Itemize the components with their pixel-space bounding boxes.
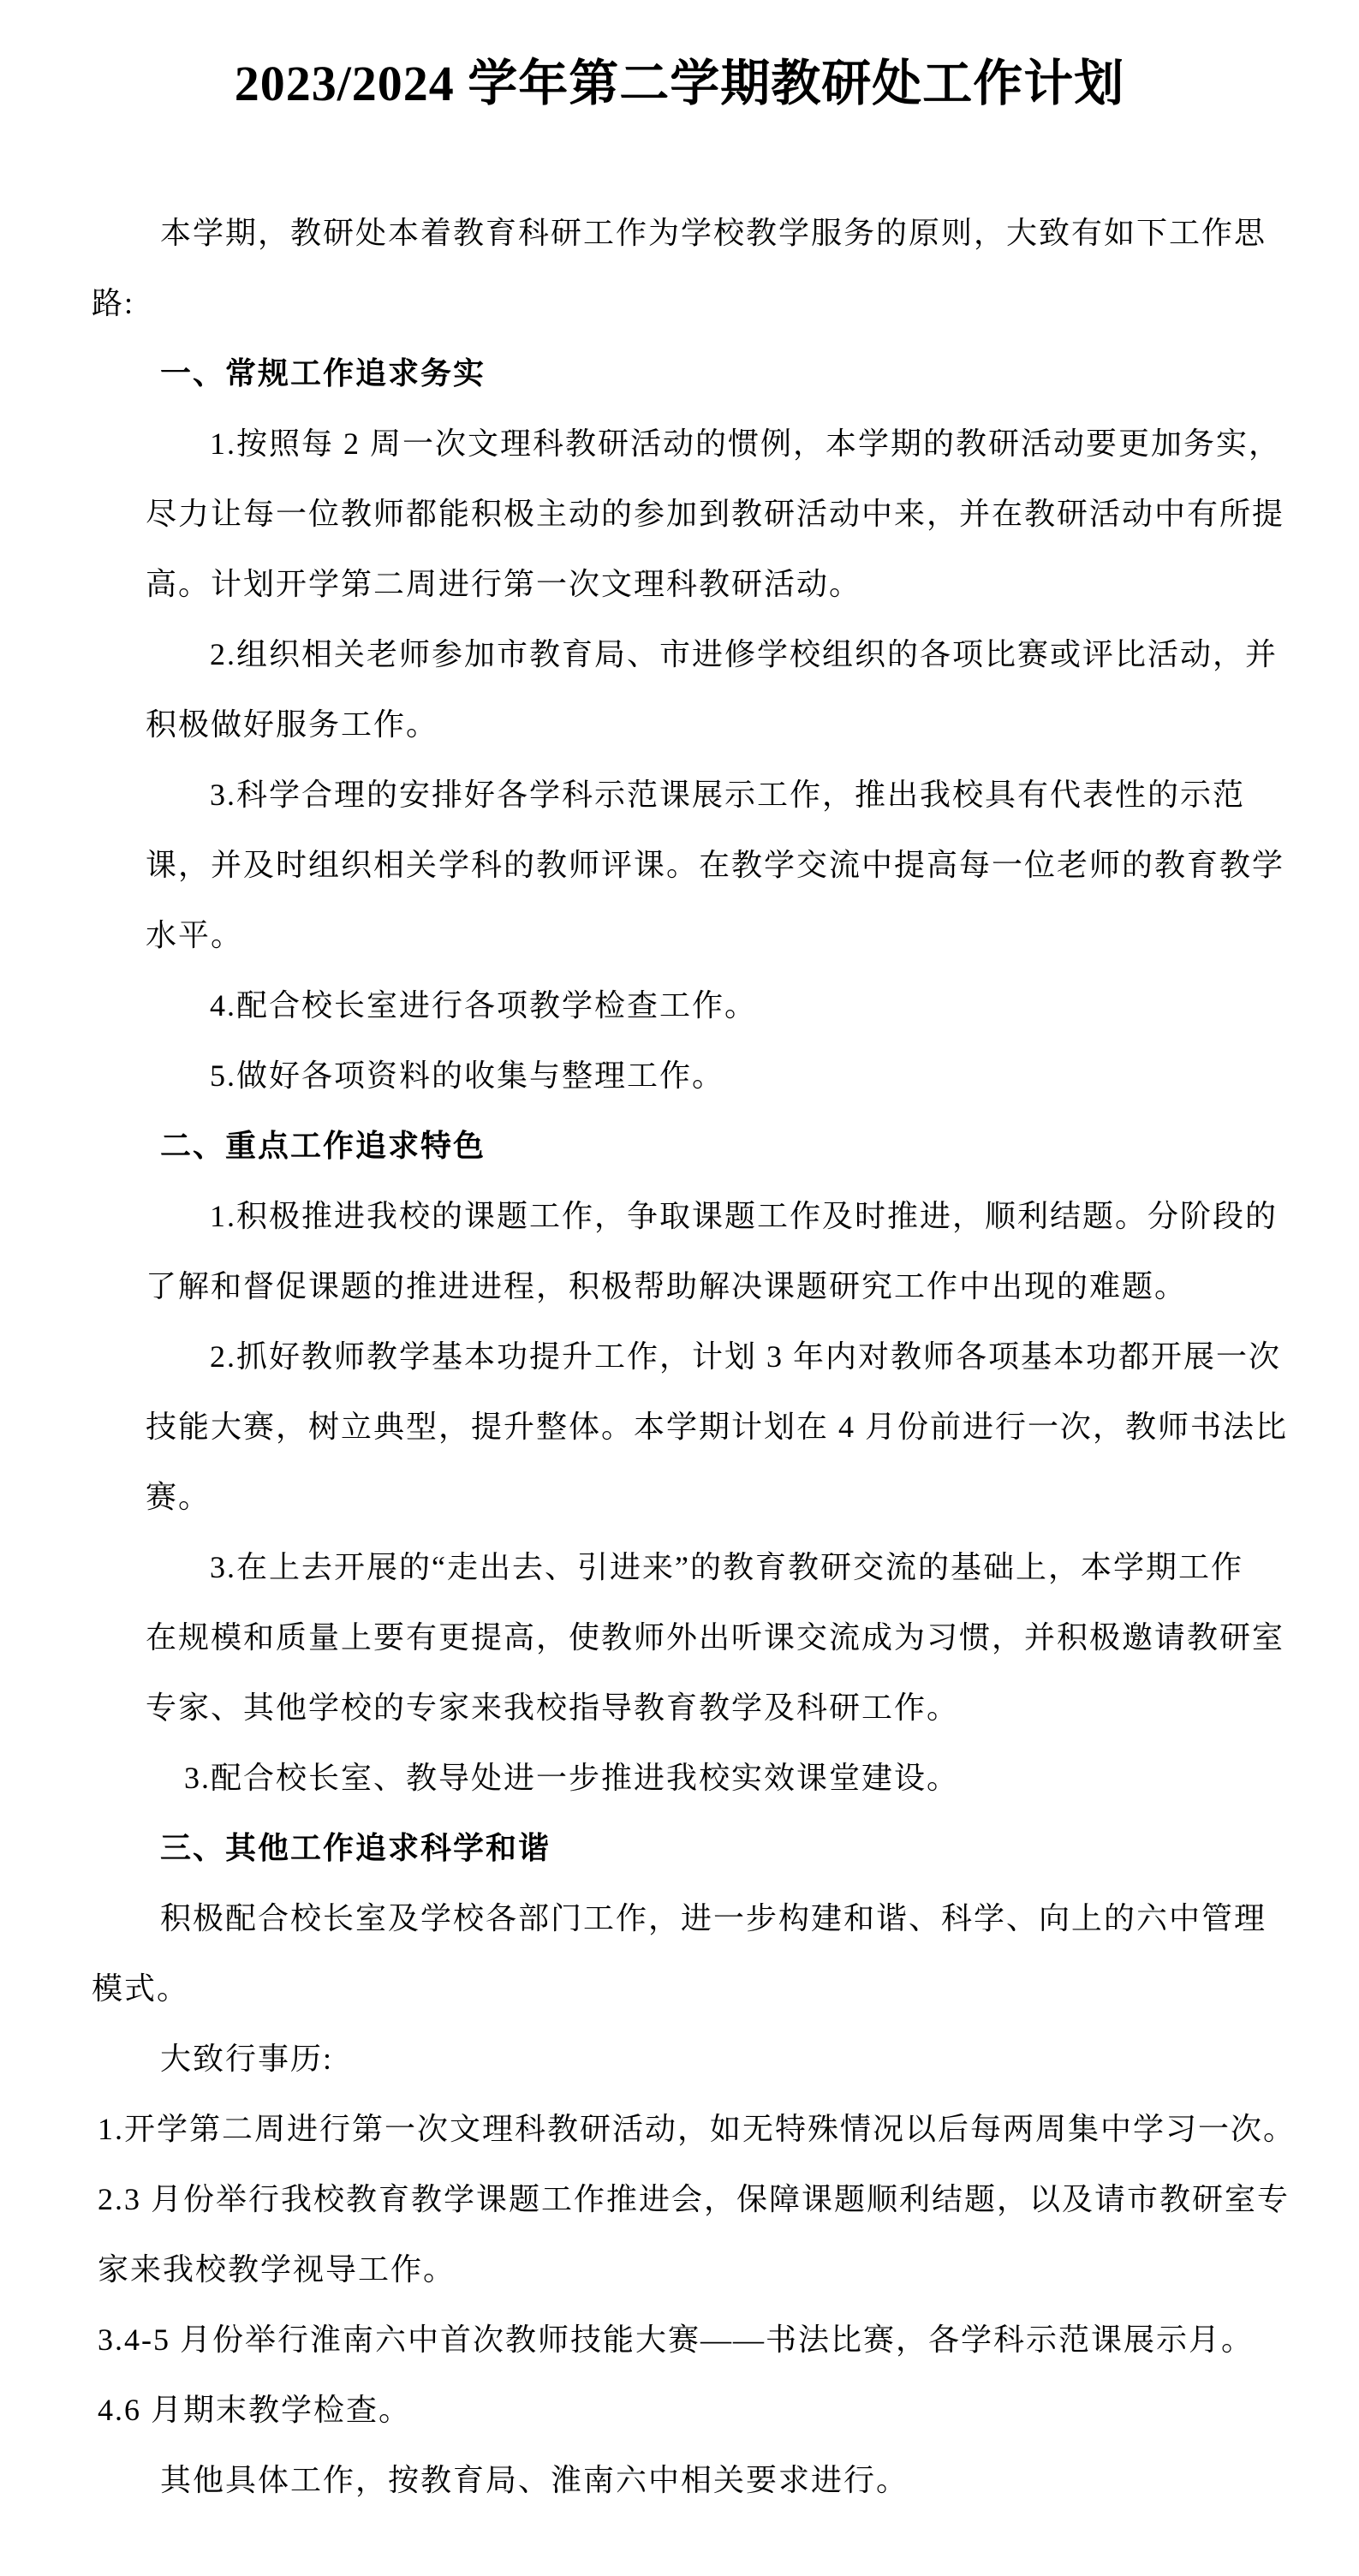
document-line: 专家、其他学校的专家来我校指导教育教学及科研工作。 xyxy=(0,1673,1359,1743)
document-line: 2.抓好教师教学基本功提升工作，计划 3 年内对教师各项基本功都开展一次 xyxy=(0,1321,1359,1392)
document-line: 4.配合校长室进行各项教学检查工作。 xyxy=(0,970,1359,1041)
document-page: { "colors": { "background": "#ffffff", "… xyxy=(0,0,1359,2576)
document-line: 1.积极推进我校的课题工作，争取课题工作及时推进，顺利结题。分阶段的 xyxy=(0,1181,1359,1251)
document-line: 2.3 月份举行我校教育教学课题工作推进会，保障课题顺利结题，以及请市教研室专 xyxy=(0,2164,1359,2234)
document-line: 家来我校教学视导工作。 xyxy=(0,2234,1359,2305)
document-line: 模式。 xyxy=(0,1953,1359,2024)
document-line: 水平。 xyxy=(0,900,1359,970)
document-line: 2.组织相关老师参加市教育局、市进修学校组织的各项比赛或评比活动，并 xyxy=(0,619,1359,689)
document-line: 3.科学合理的安排好各学科示范课展示工作，推出我校具有代表性的示范 xyxy=(0,760,1359,830)
document-line: 其他具体工作，按教育局、淮南六中相关要求进行。 xyxy=(0,2445,1359,2515)
document-line: 积极做好服务工作。 xyxy=(0,689,1359,760)
document-line: 赛。 xyxy=(0,1462,1359,1532)
document-line: 3.在上去开展的“走出去、引进来”的教育教研交流的基础上，本学期工作 xyxy=(0,1532,1359,1602)
document-line: 5.做好各项资料的收集与整理工作。 xyxy=(0,1041,1359,1111)
document-line: 4.6 月期末教学检查。 xyxy=(0,2375,1359,2445)
document-line: 3.4-5 月份举行淮南六中首次教师技能大赛——书法比赛，各学科示范课展示月。 xyxy=(0,2305,1359,2375)
document-line: 3.配合校长室、教导处进一步推进我校实效课堂建设。 xyxy=(0,1743,1359,1813)
document-title: 2023/2024 学年第二学期教研处工作计划 xyxy=(0,50,1359,118)
section-heading: 三、其他工作追求科学和谐 xyxy=(0,1813,1359,1883)
document-line: 1.按照每 2 周一次文理科教研活动的惯例，本学期的教研活动要更加务实， xyxy=(0,408,1359,479)
document-line: 高。计划开学第二周进行第一次文理科教研活动。 xyxy=(0,549,1359,619)
document-line: 在规模和质量上要有更提高，使教师外出听课交流成为习惯，并积极邀请教研室 xyxy=(0,1602,1359,1673)
document-line: 了解和督促课题的推进进程，积极帮助解决课题研究工作中出现的难题。 xyxy=(0,1251,1359,1321)
section-heading: 二、重点工作追求特色 xyxy=(0,1111,1359,1181)
document-line: 尽力让每一位教师都能积极主动的参加到教研活动中来，并在教研活动中有所提 xyxy=(0,479,1359,549)
document-line: 本学期，教研处本着教育科研工作为学校教学服务的原则，大致有如下工作思 xyxy=(0,198,1359,268)
document-line: 技能大赛，树立典型，提升整体。本学期计划在 4 月份前进行一次，教师书法比 xyxy=(0,1392,1359,1462)
document-line: 路: xyxy=(0,268,1359,338)
document-line: 课，并及时组织相关学科的教师评课。在教学交流中提高每一位老师的教育教学 xyxy=(0,830,1359,900)
section-heading: 一、常规工作追求务实 xyxy=(0,338,1359,408)
work-plan-document: 2023/2024 学年第二学期教研处工作计划 本学期，教研处本着教育科研工作为… xyxy=(0,0,1359,2576)
document-line: 1.开学第二周进行第一次文理科教研活动，如无特殊情况以后每两周集中学习一次。 xyxy=(0,2094,1359,2164)
document-line: 大致行事历: xyxy=(0,2024,1359,2094)
document-line: 积极配合校长室及学校各部门工作，进一步构建和谐、科学、向上的六中管理 xyxy=(0,1883,1359,1953)
